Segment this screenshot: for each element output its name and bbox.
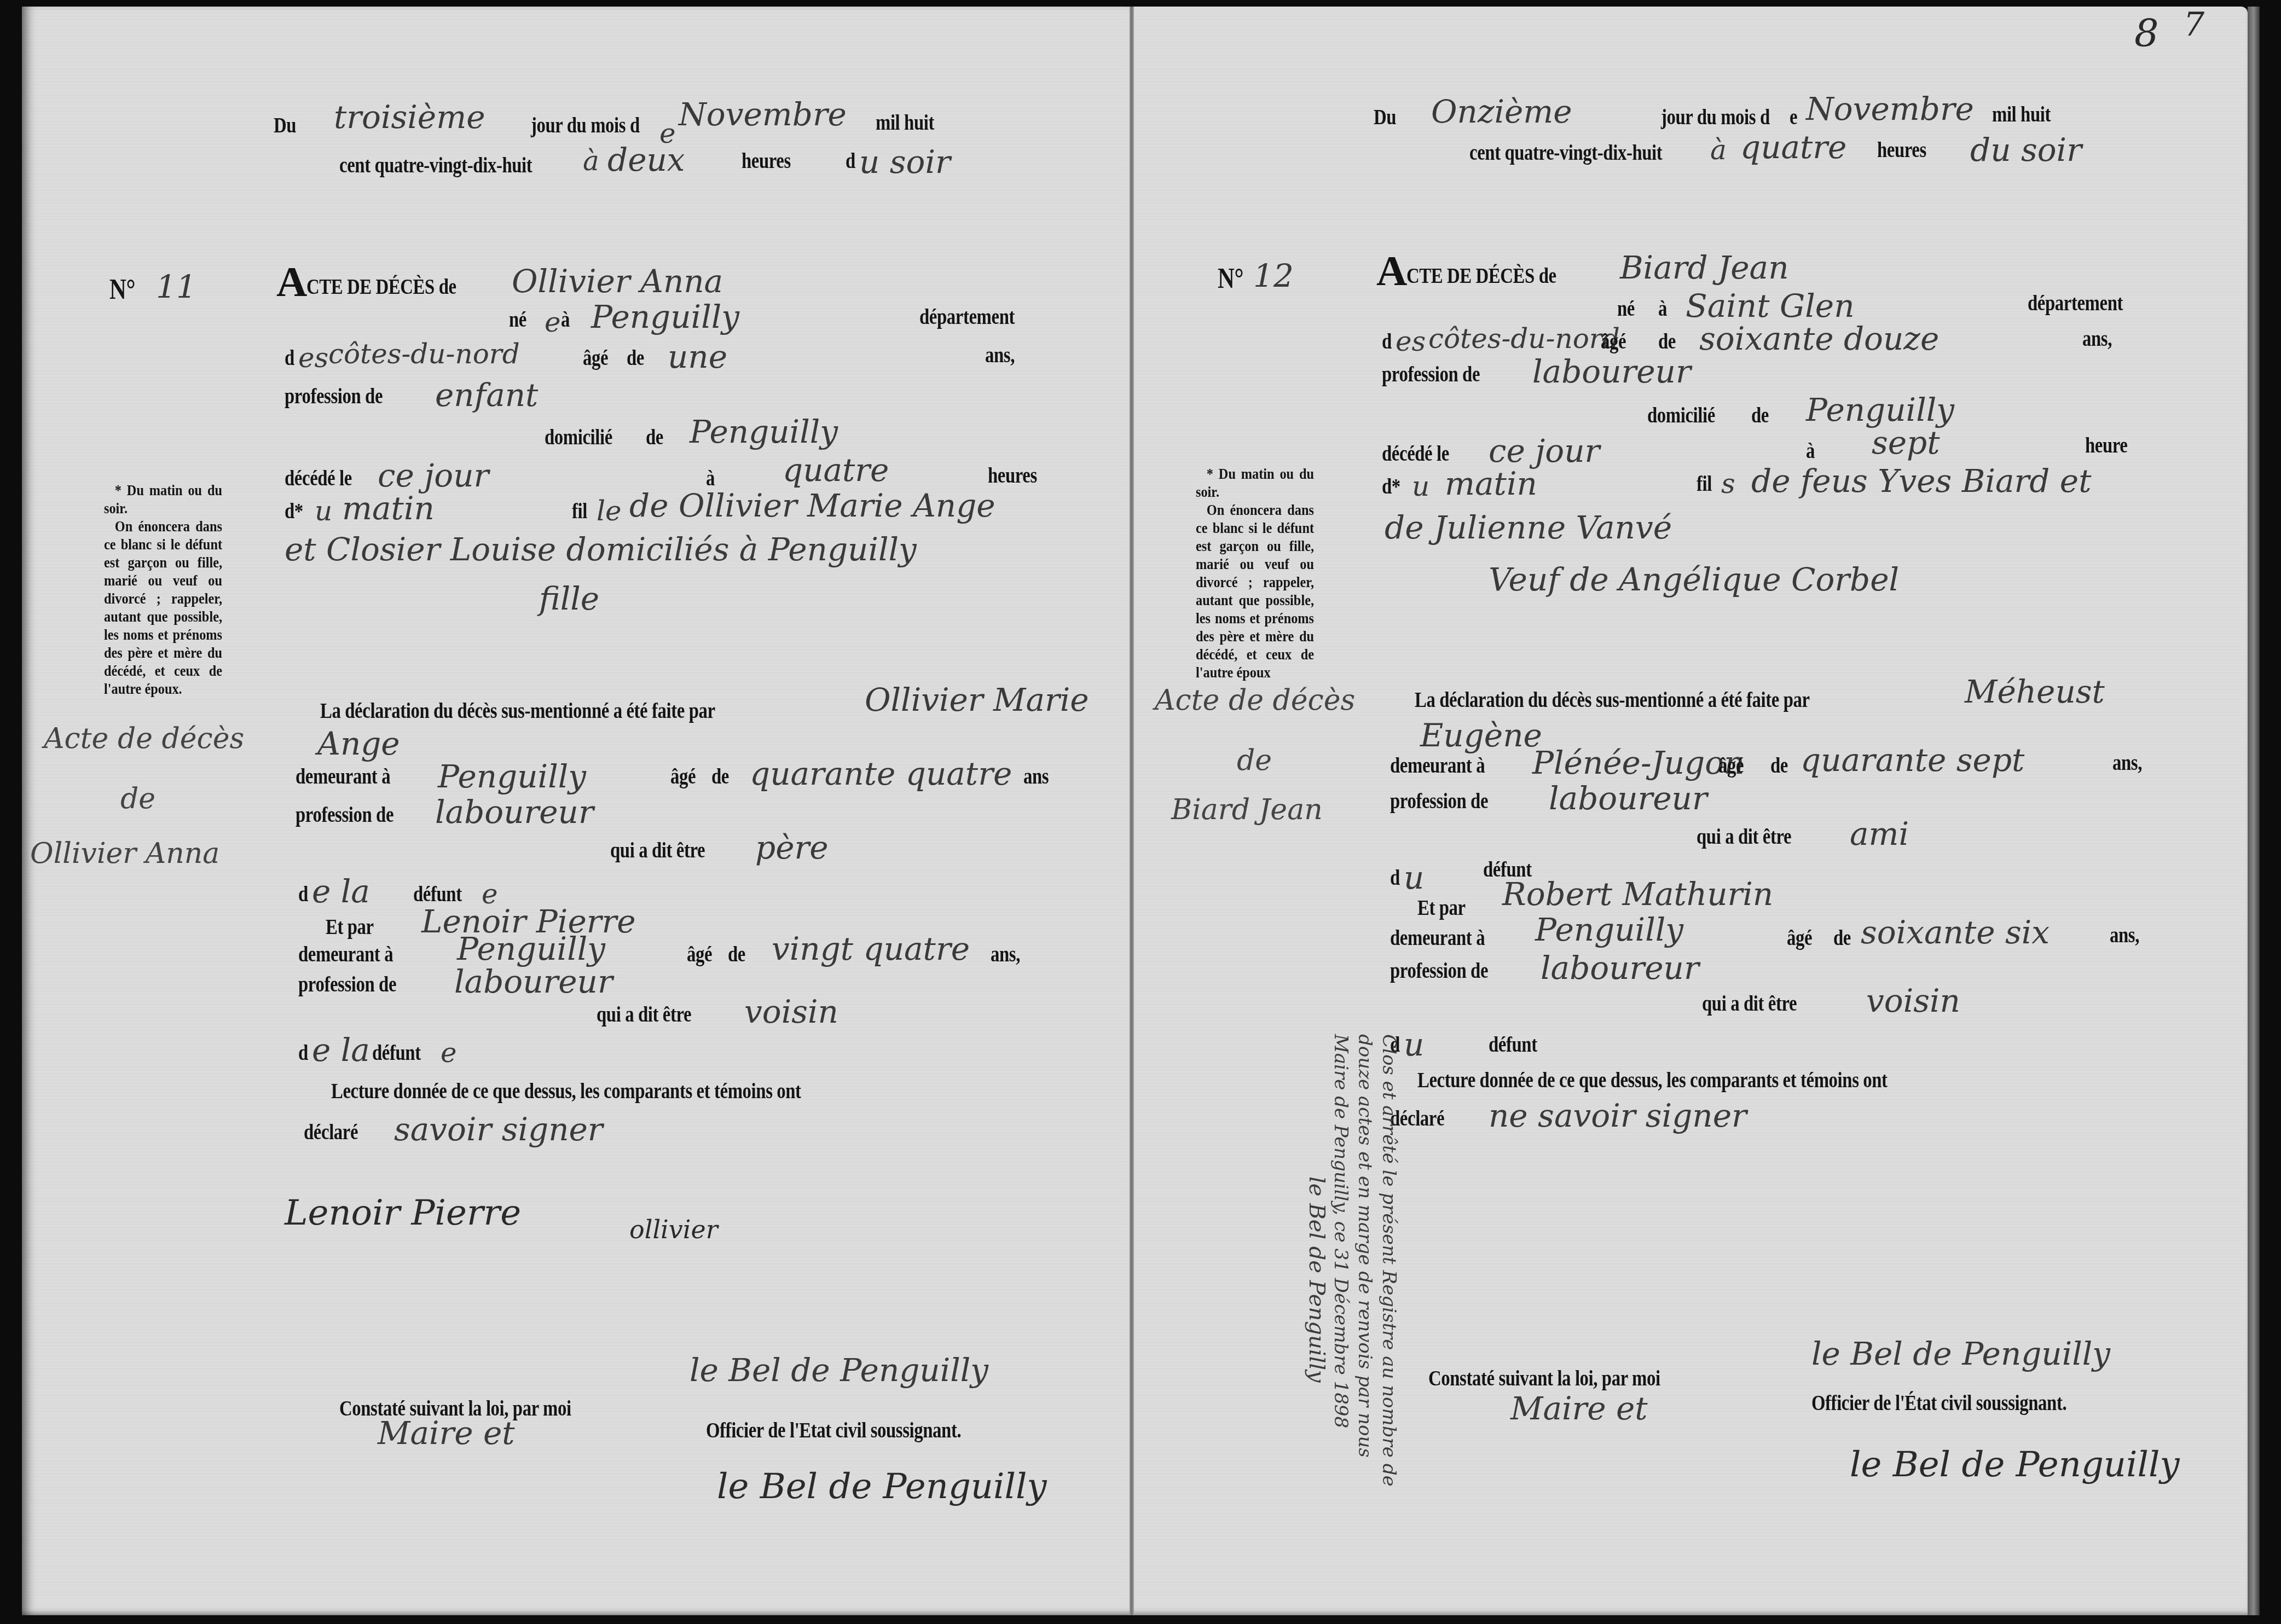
act-12-declarant1-name-line2: Eugène — [1420, 717, 1542, 754]
page-number: 7 — [2184, 5, 2204, 44]
printed-ne: né — [509, 306, 526, 332]
closing-note-line3: Maire de Penguilly, ce 31 Décembre 1898 — [1329, 1034, 1353, 1487]
printed-de-domicile-2: de — [1751, 402, 1769, 428]
printed-de-decl3: de — [1770, 752, 1788, 778]
act-11-declarant1-name-line2: Ange — [317, 725, 400, 762]
printed-de-age: de — [627, 345, 644, 370]
printed-demeurant2: demeurant à — [298, 941, 393, 967]
act-11-declarant2-residence: Penguilly — [457, 930, 605, 967]
printed-du: Du — [274, 112, 296, 138]
act-12-day: Onzième — [1431, 93, 1572, 130]
printed-du-2: Du — [1374, 104, 1396, 130]
act-12-declarant1-age: quarante sept — [1801, 741, 2024, 779]
printed-a: à — [583, 145, 599, 177]
act-11-signature-witness: Lenoir Pierre — [285, 1193, 521, 1233]
printed-d-defunt2: d — [298, 1040, 308, 1065]
act-11-declarant1-profession: laboureur — [435, 793, 594, 831]
act-12-officer-title: Maire et — [1510, 1390, 1648, 1427]
printed-heures: heures — [742, 148, 791, 173]
act-11-declarant2-relation: voisin — [744, 993, 838, 1030]
printed-profession-decl1: profession de — [296, 802, 393, 827]
printed-lecture-2: Lecture donnée de ce que dessus, les com… — [1417, 1067, 1888, 1093]
printed-decede-le: décédé le — [285, 465, 352, 491]
act-12-officer: le Bel de Penguilly — [1811, 1335, 2110, 1372]
printed-qui-a-dit-etre-3: qui a dit être — [1697, 823, 1791, 849]
act-11-deceased-name: Ollivier Anna — [512, 263, 723, 300]
act-11-department: côtes-du-nord — [328, 338, 520, 370]
act-11-declarant2-age: vingt quatre — [772, 930, 970, 967]
act-12-no-label: N° — [1218, 263, 1243, 295]
act-12-status: Veuf de Angélique Corbel — [1489, 561, 1899, 598]
act-11-declarant2-article: e la — [312, 1031, 370, 1069]
closing-note-signature: le Bel de Penguilly — [1305, 1034, 1329, 1487]
act-11-parents-line1: de Ollivier Marie Ange — [629, 487, 995, 524]
page-edge — [2248, 7, 2260, 1615]
printed-ans-decl1: ans — [1023, 763, 1049, 789]
printed-jour-du-mois: jour du mois d — [531, 112, 640, 138]
act-12-parents-line2: de Julienne Vanvé — [1385, 509, 1672, 546]
printed-a-birth: à — [561, 306, 570, 332]
footnote-left: * Du matin ou du soir. On énoncera dans … — [104, 482, 222, 698]
printed-declare: déclaré — [304, 1119, 358, 1145]
act-12-declarant2-article: u — [1404, 1026, 1424, 1063]
printed-demeurant-4: demeurant à — [1390, 925, 1485, 950]
printed-officier: Officier de l'Etat civil soussignant. — [706, 1417, 961, 1443]
act-12-declarant1-relation: ami — [1850, 815, 1909, 852]
printed-de-decl2: de — [728, 941, 745, 967]
act-11-officer: le Bel de Penguilly — [690, 1352, 988, 1389]
printed-d-defunt3: d — [1390, 865, 1400, 890]
printed-qui-a-dit-etre-4: qui a dit être — [1702, 990, 1797, 1016]
act-12-margin-note-line2: de — [1237, 744, 1272, 777]
act-11-domicile: Penguilly — [690, 413, 838, 450]
act-12-declarant2-residence: Penguilly — [1535, 911, 1683, 948]
book-gutter — [1130, 7, 1134, 1615]
act-12-declarant1-profession: laboureur — [1549, 780, 1707, 817]
act-11-time-of-day: u soir — [859, 143, 951, 181]
printed-d-star-2: d* — [1382, 473, 1400, 499]
printed-ans-decl2: ans, — [991, 941, 1020, 967]
act-11-birthplace: Penguilly — [591, 298, 739, 335]
act-12-part-of-day: matin — [1445, 465, 1537, 502]
printed-profession-decl4: profession de — [1390, 958, 1488, 983]
printed-fil: fil — [572, 498, 587, 524]
printed-ne-2: né — [1617, 295, 1635, 321]
printed-d-defunt1: d — [298, 881, 308, 907]
printed-a-hour-2: à — [1806, 438, 1815, 463]
act-12-declarant1-name-line1: Méheust — [1965, 673, 2105, 710]
act-12-department: côtes-du-nord — [1428, 323, 1620, 355]
printed-mil-huit-2: mil huit — [1992, 101, 2051, 127]
act-11-morning-suffix: u — [315, 495, 332, 527]
act-12-declarant1-article: u — [1404, 859, 1424, 896]
act-11-title: CTE DE DÉCÈS de — [306, 274, 456, 299]
act-11-age: une — [668, 338, 727, 375]
printed-demeurant-3: demeurant à — [1390, 752, 1485, 778]
act-12-number: 12 — [1253, 257, 1294, 294]
printed-cent-2: cent quatre-vingt-dix-huit — [1469, 140, 1662, 165]
act-12-officer-signature: le Bel de Penguilly — [1850, 1445, 2180, 1485]
act-12-declarant2-relation: voisin — [1866, 982, 1960, 1019]
act-11-hour: deux — [607, 141, 685, 178]
printed-domicilie-2: domicilié — [1647, 402, 1715, 428]
act-11-status: fille — [539, 580, 599, 617]
folio-mark: 8 — [2134, 11, 2159, 56]
printed-heures-death: heures — [988, 462, 1037, 488]
printed-age-decl4: âgé — [1787, 925, 1812, 950]
printed-heure-2: heure — [2085, 432, 2128, 458]
printed-de-decl1: de — [711, 763, 729, 789]
act-12-declarant1-residence: Plénée-Jugon — [1532, 744, 1745, 781]
act-11-day: troisième — [334, 98, 485, 136]
act-12-declarant2-name: Robert Mathurin — [1502, 875, 1773, 913]
act-11-no-label: N° — [109, 274, 135, 306]
closing-note-line1: Clos et arrêté le présent Registre au no… — [1377, 1034, 1401, 1487]
act-11-dept-suffix: es — [298, 342, 328, 374]
act-12-title-A: A — [1376, 246, 1407, 295]
act-12-dept-suffix: es — [1396, 326, 1426, 357]
printed-jour-du-mois-2: jour du mois d — [1661, 104, 1770, 130]
act-12-profession: laboureur — [1532, 353, 1691, 390]
printed-heures-2: heures — [1877, 137, 1926, 163]
act-12-month: Novembre — [1806, 90, 1974, 127]
act-11-declarant1-age: quarante quatre — [750, 755, 1012, 792]
act-12-signing: ne savoir signer — [1489, 1097, 1747, 1134]
printed-defunt4: défunt — [1489, 1031, 1537, 1057]
act-11-officer-signature: le Bel de Penguilly — [717, 1466, 1047, 1507]
printed-fil-2: fil — [1697, 471, 1712, 496]
printed-profession-2: profession de — [1382, 361, 1480, 387]
footnote-right-line2: On énoncera dans ce blanc si le défunt e… — [1196, 501, 1314, 682]
act-12-death-date: ce jour — [1489, 432, 1600, 469]
act-11-declarant2-profession: laboureur — [454, 963, 613, 1000]
printed-d: d — [846, 148, 855, 173]
act-12-hour: quatre — [1740, 129, 1846, 166]
act-11-title-A: A — [276, 257, 307, 306]
act-11-born-suffix: e — [545, 306, 561, 338]
act-12-death-hour: sept — [1872, 424, 1940, 461]
act-11-signing: savoir signer — [394, 1111, 603, 1148]
printed-profession: profession de — [285, 383, 383, 409]
printed-declaration: La déclaration du décès sus-mentionné a … — [320, 698, 715, 723]
printed-officier-2: Officier de l'État civil soussignant. — [1811, 1390, 2066, 1416]
printed-d-dept-2: d — [1382, 328, 1392, 354]
printed-e-2: e — [1790, 104, 1797, 130]
act-11-profession: enfant — [435, 376, 538, 414]
printed-profession-decl2: profession de — [298, 971, 396, 997]
printed-de-age-2: de — [1658, 328, 1676, 354]
printed-a-2: à — [1710, 134, 1727, 166]
act-12-deceased-name: Biard Jean — [1620, 249, 1789, 286]
footnote-right-line1: * Du matin ou du soir. — [1196, 465, 1314, 501]
printed-d-dept: d — [285, 345, 294, 370]
act-11-officer-title: Maire et — [378, 1414, 515, 1452]
printed-constate-2: Constaté suivant la loi, par moi — [1428, 1365, 1660, 1391]
printed-declaration-2: La déclaration du décès sus-mentionné a … — [1415, 687, 1810, 712]
printed-domicilie: domicilié — [545, 424, 612, 450]
printed-de-decl4: de — [1833, 925, 1851, 950]
act-11-number: 11 — [156, 268, 196, 305]
act-11-declarant1-article: e la — [312, 873, 370, 910]
printed-ans: ans, — [985, 342, 1015, 368]
printed-de-domicile: de — [646, 424, 663, 450]
act-12-declarant2-profession: laboureur — [1541, 949, 1699, 987]
act-12-birthplace: Saint Glen — [1686, 287, 1855, 324]
footnote-left-line1: * Du matin ou du soir. — [104, 482, 222, 518]
printed-mil-huit: mil huit — [876, 109, 934, 135]
printed-age-2: âgé — [1601, 328, 1626, 354]
footnote-left-line2: On énoncera dans ce blanc si le défunt e… — [104, 518, 222, 698]
act-12-parents-line1: de feus Yves Biard et — [1751, 462, 2092, 500]
act-11-defunt-suffix2: e — [441, 1037, 457, 1069]
printed-a-birth-2: à — [1658, 295, 1667, 321]
act-12-domicile: Penguilly — [1806, 391, 1954, 428]
act-11-part-of-day: matin — [342, 490, 435, 527]
act-12-age: soixante douze — [1699, 320, 1939, 357]
act-12-declarant2-age: soixante six — [1861, 914, 2050, 951]
printed-age: âgé — [583, 345, 608, 370]
printed-ans-2: ans, — [2082, 326, 2112, 351]
closing-note-line2: douze actes et en marge de renvois par n… — [1353, 1034, 1377, 1487]
act-11-declarant1-residence: Penguilly — [438, 758, 586, 795]
act-11-death-hour: quatre — [783, 451, 889, 489]
printed-et-par: Et par — [326, 914, 374, 939]
act-12-time-of-day: du soir — [1970, 131, 2082, 169]
act-12-filiation-suffix: s — [1721, 468, 1735, 500]
act-11-month: Novembre — [679, 96, 847, 133]
act-11-margin-note-line3: Ollivier Anna — [30, 837, 219, 870]
act-11-declarant1-relation: père — [755, 829, 829, 866]
printed-cent-quatre-vingt-dix-huit: cent quatre-vingt-dix-huit — [339, 152, 532, 178]
printed-age-decl1: âgé — [670, 763, 696, 789]
act-11-parents-line2: et Closier Louise domiciliés à Penguilly — [285, 531, 917, 568]
printed-age-decl2: âgé — [687, 941, 712, 967]
act-12-title: CTE DE DÉCÈS de — [1406, 263, 1556, 288]
act-12-margin-note-line1: Acte de décès — [1155, 684, 1355, 717]
act-11-margin-note-line1: Acte de décès — [44, 722, 244, 755]
act-11-margin-note-line2: de — [120, 782, 155, 815]
act-12-margin-note-line3: Biard Jean — [1171, 793, 1323, 826]
printed-profession-decl3: profession de — [1390, 788, 1488, 814]
act-12-morning-suffix: u — [1412, 471, 1429, 502]
footnote-right: * Du matin ou du soir. On énoncera dans … — [1196, 465, 1314, 682]
printed-defunt2: défunt — [372, 1040, 421, 1065]
printed-departement-2: département — [2028, 290, 2123, 316]
printed-ans-decl3: ans, — [2112, 750, 2142, 775]
printed-qui-a-dit-etre2: qui a dit être — [597, 1001, 691, 1027]
printed-lecture: Lecture donnée de ce que dessus, les com… — [331, 1078, 801, 1104]
printed-decede-le-2: décédé le — [1382, 440, 1449, 466]
printed-demeurant: demeurant à — [296, 763, 390, 789]
printed-ans-decl4: ans, — [2110, 922, 2139, 948]
printed-age-decl3: âgé — [1718, 752, 1744, 778]
printed-qui-a-dit-etre: qui a dit être — [610, 837, 705, 863]
printed-d-star: d* — [285, 498, 303, 524]
closing-note: Clos et arrêté le présent Registre au no… — [1305, 1034, 1401, 1487]
act-11-signature-declarant: ollivier — [629, 1215, 718, 1244]
act-11-filiation-suffix: le — [597, 495, 622, 527]
act-11-declarant1-name-line1: Ollivier Marie — [865, 681, 1089, 718]
printed-et-par-2: Et par — [1417, 895, 1466, 920]
printed-departement: département — [919, 304, 1015, 329]
act-11-death-date: ce jour — [378, 457, 489, 494]
